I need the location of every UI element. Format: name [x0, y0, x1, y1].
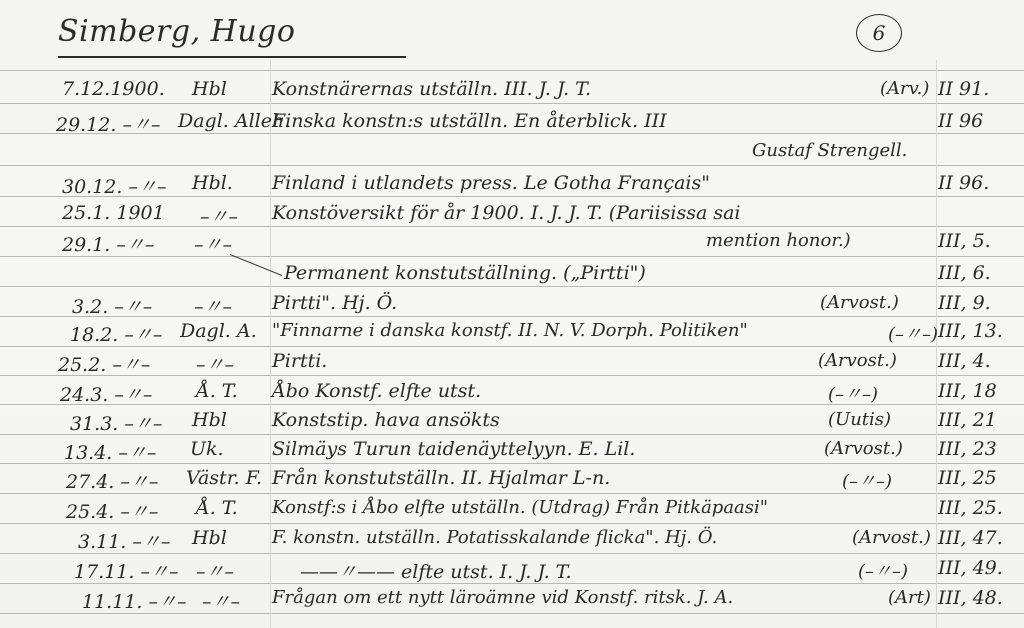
entry-row: 7.12.1900. Hbl Konstnärernas utställn. I… [0, 78, 1024, 108]
entry-title: ——〃—— elfte utst. I. J. J. T. [300, 557, 572, 584]
entry-row: 30.12. –〃– Hbl. Finland i utlandets pres… [0, 172, 1024, 202]
entry-note: (Arvost.) [818, 350, 897, 371]
entry-note: (Art) [888, 587, 931, 608]
entry-date: 25.2. –〃– [58, 350, 150, 377]
entry-title: Konstnärernas utställn. III. J. J. T. [272, 78, 591, 100]
entry-title: Finland i utlandets press. Le Gotha Fran… [272, 172, 710, 194]
entry-row: 18.2. –〃– Dagl. A. "Finnarne i danska ko… [0, 320, 1024, 350]
entry-date: 17.11. –〃– [74, 557, 178, 584]
entry-ref: II 91. [938, 78, 989, 100]
entry-source: –〃– [194, 230, 232, 257]
entry-note: (Arvost.) [824, 438, 903, 459]
entry-date: 18.2. –〃– [70, 320, 162, 347]
entry-title: F. konstn. utställn. Potatisskalande fli… [272, 527, 717, 548]
entry-source: Hbl [192, 78, 227, 100]
entry-note: (–〃–) [828, 380, 878, 406]
entry-ref: III, 6. [938, 262, 991, 284]
entry-ref: III, 9. [938, 292, 991, 314]
entry-row: Permanent konstutställning. („Pirtti") I… [0, 262, 1024, 292]
title-underline [58, 56, 406, 58]
entry-row: 25.2. –〃– –〃– Pirtti. (Arvost.) III, 4. [0, 350, 1024, 380]
page-number-circle: 6 [856, 14, 902, 52]
entry-note: (Uutis) [828, 409, 891, 430]
entry-note: (–〃–) [858, 557, 908, 583]
card-title: Simberg, Hugo [58, 14, 295, 49]
entry-ref: III, 48. [938, 587, 1003, 609]
entry-row: 29.12. –〃– Dagl. Alleh. Finska konstn:s … [0, 110, 1024, 140]
entry-date: 7.12.1900. [62, 78, 165, 100]
entry-title: Konststip. hava ansökts [272, 409, 500, 431]
entry-title: Konstöversikt för år 1900. I. J. J. T. (… [272, 202, 740, 224]
entry-note: (Arvost.) [820, 292, 899, 313]
entry-title: Åbo Konstf. elfte utst. [272, 380, 481, 402]
entry-source: Hbl. [192, 172, 233, 194]
entry-ref: III, 4. [938, 350, 991, 372]
entry-date: 24.3. –〃– [60, 380, 152, 407]
entry-title: Från konstutställn. II. Hjalmar L-n. [272, 467, 610, 489]
entry-date: 3.2. –〃– [72, 292, 152, 319]
entry-source: –〃– [196, 350, 234, 377]
entry-date: 25.4. –〃– [66, 497, 158, 524]
entry-ref: III, 18 [938, 380, 997, 402]
entry-author: Gustaf Strengell. [752, 140, 907, 161]
entry-row: 31.3. –〃– Hbl Konststip. hava ansökts (U… [0, 409, 1024, 439]
entry-ref: II 96 [938, 110, 983, 132]
entry-ref: III, 21 [938, 409, 997, 431]
entry-title: Silmäys Turun taidenäyttelyyn. E. Lil. [272, 438, 635, 460]
entry-title: Pirtti. [272, 350, 327, 372]
entry-note: (–〃–) [842, 467, 892, 493]
entry-source: Dagl. A. [180, 320, 257, 342]
entry-source: Å. T. [196, 380, 238, 402]
entry-ref: III, 49. [938, 557, 1003, 579]
entry-row: 13.4. –〃– Uk. Silmäys Turun taidenäyttel… [0, 438, 1024, 468]
entry-row: 25.1. 1901 –〃– Konstöversikt för år 1900… [0, 202, 1024, 232]
entry-date: 25.1. 1901 [62, 202, 165, 224]
entry-note: (–〃–) [888, 320, 938, 346]
entry-note: mention honor.) [706, 230, 851, 251]
entry-ref: III, 23 [938, 438, 997, 460]
entry-row: 3.2. –〃– –〃– Pirtti". Hj. Ö. (Arvost.) I… [0, 292, 1024, 322]
entry-row: 29.1. –〃– –〃– mention honor.) III, 5. [0, 230, 1024, 260]
entry-date: 27.4. –〃– [66, 467, 158, 494]
entry-ref: II 96. [938, 172, 989, 194]
entry-row: 24.3. –〃– Å. T. Åbo Konstf. elfte utst. … [0, 380, 1024, 410]
entry-title: "Finnarne i danska konstf. II. N. V. Dor… [272, 320, 748, 341]
entry-date: 30.12. –〃– [62, 172, 166, 199]
ruled-line [0, 70, 1024, 71]
entry-ref: III, 47. [938, 527, 1003, 549]
entry-date: 29.1. –〃– [62, 230, 154, 257]
entry-ref: III, 25 [938, 467, 997, 489]
entry-date: 29.12. –〃– [56, 110, 160, 137]
entry-date: 11.11. –〃– [82, 587, 186, 614]
entry-row: Gustaf Strengell. [0, 140, 1024, 170]
entry-date: 3.11. –〃– [78, 527, 170, 554]
entry-source: Hbl [192, 409, 227, 431]
entry-row: 17.11. –〃– –〃– ——〃—— elfte utst. I. J. J… [0, 557, 1024, 587]
entry-ref: III, 13. [938, 320, 1003, 342]
entry-row: 25.4. –〃– Å. T. Konstf:s i Åbo elfte uts… [0, 497, 1024, 527]
entry-date: 31.3. –〃– [70, 409, 162, 436]
entry-row: 11.11. –〃– –〃– Frågan om ett nytt läroäm… [0, 587, 1024, 617]
entry-title: Konstf:s i Åbo elfte utställn. (Utdrag) … [272, 497, 768, 518]
entry-source: Uk. [190, 438, 224, 460]
entry-row: 3.11. –〃– Hbl F. konstn. utställn. Potat… [0, 527, 1024, 557]
entry-title: Finska konstn:s utställn. En återblick. … [272, 110, 667, 132]
entry-title: Pirtti". Hj. Ö. [272, 292, 397, 314]
entry-row: 27.4. –〃– Västr. F. Från konstutställn. … [0, 467, 1024, 497]
entry-source: Västr. F. [186, 467, 262, 489]
entry-source: –〃– [196, 557, 234, 584]
index-card: Simberg, Hugo 6 7.12.1900. Hbl Konstnäre… [0, 0, 1024, 628]
entry-source: Å. T. [196, 497, 238, 519]
entry-ref: III, 5. [938, 230, 991, 252]
entry-note: (Arv.) [880, 78, 929, 99]
entry-date: 13.4. –〃– [64, 438, 156, 465]
entry-title: Permanent konstutställning. („Pirtti") [284, 262, 646, 284]
entry-source: –〃– [202, 587, 240, 614]
page-number: 6 [873, 21, 886, 45]
entry-title: Frågan om ett nytt läroämne vid Konstf. … [272, 587, 733, 608]
entry-source: –〃– [200, 202, 238, 229]
entry-ref: III, 25. [938, 497, 1003, 519]
entry-source: Hbl [192, 527, 227, 549]
entry-note: (Arvost.) [852, 527, 931, 548]
entry-source: –〃– [194, 292, 232, 319]
